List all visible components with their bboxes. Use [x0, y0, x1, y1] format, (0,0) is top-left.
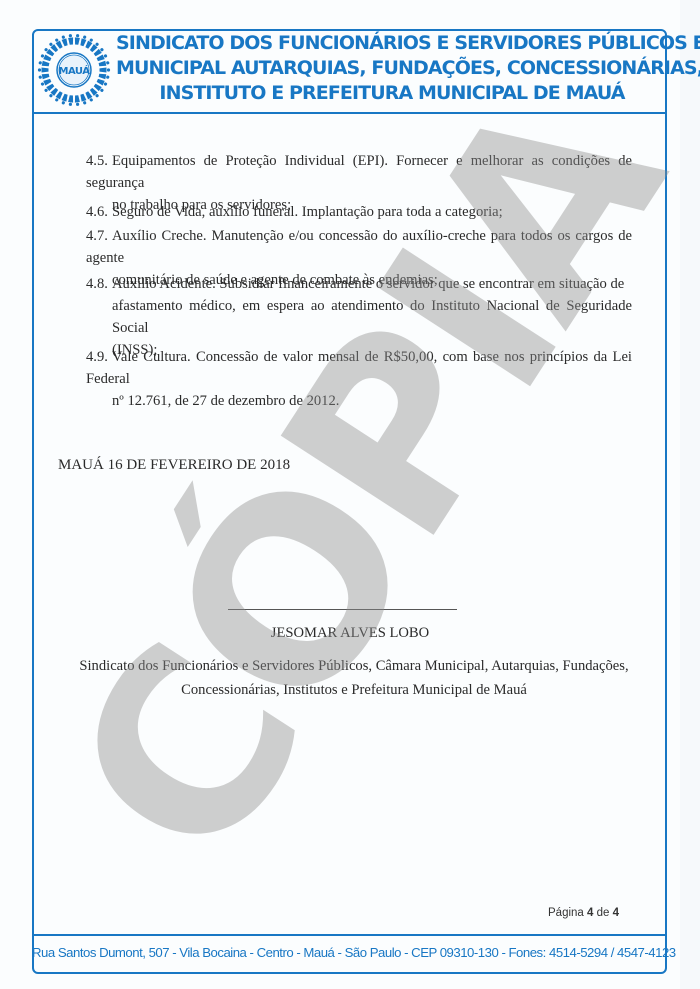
document-date: MAUÁ 16 DE FEVEREIRO DE 2018	[58, 457, 290, 474]
signatory-organization: Sindicato dos Funcionários e Servidores …	[60, 654, 648, 702]
footer-address: Rua Santos Dumont, 507 - Vila Bocaina - …	[32, 945, 667, 960]
clause-4-6: 4.6.Seguro de Vida, auxílio funeral. Imp…	[86, 201, 632, 223]
title-line-3: INSTITUTO E PREFEITURA MUNICIPAL DE MAUÁ	[116, 81, 668, 106]
union-logo-icon: MAUÁ	[34, 30, 114, 110]
clause-4-9: 4.9.Vale Cultura. Concessão de valor men…	[86, 346, 632, 412]
title-line-2: MUNICIPAL AUTARQUIAS, FUNDAÇÕES, CONCESS…	[116, 56, 668, 81]
signature-line	[228, 609, 457, 610]
letterhead-title: SINDICATO DOS FUNCIONÁRIOS E SERVIDORES …	[116, 31, 668, 106]
page-number: Página 4 de 4	[548, 907, 619, 919]
svg-text:MAUÁ: MAUÁ	[59, 64, 91, 77]
title-line-1: SINDICATO DOS FUNCIONÁRIOS E SERVIDORES …	[116, 31, 668, 56]
signatory-name: JESOMAR ALVES LOBO	[0, 625, 700, 642]
